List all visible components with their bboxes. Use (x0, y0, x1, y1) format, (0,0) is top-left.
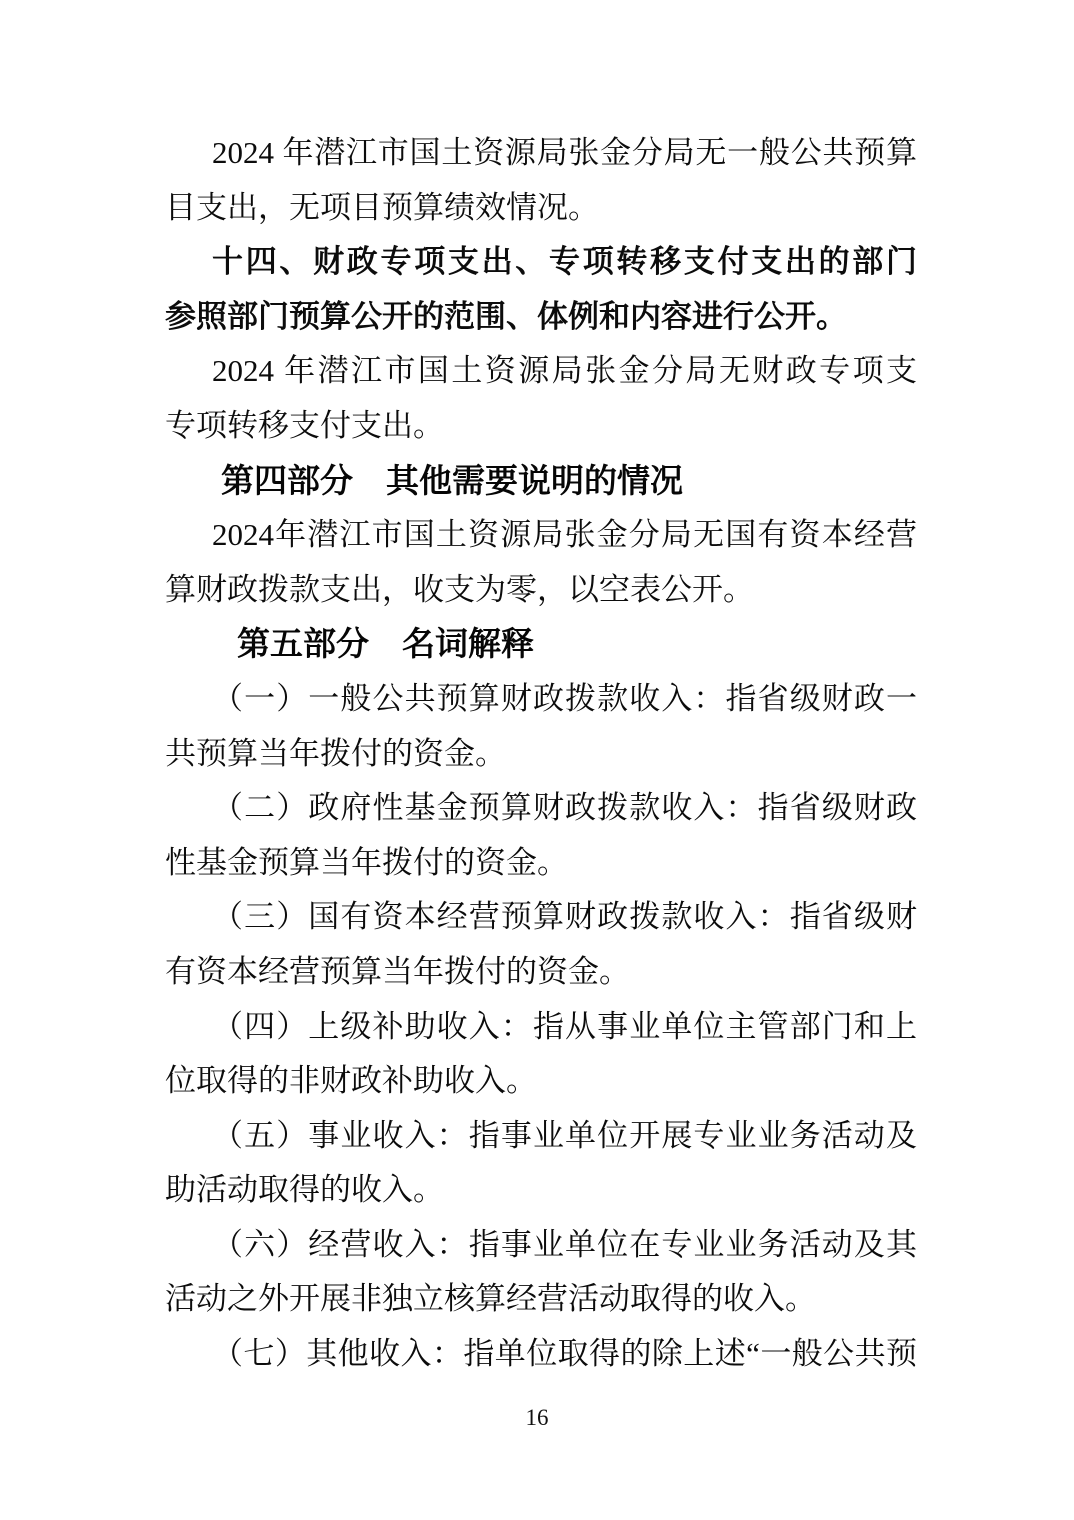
paragraph-line: （三）国有资本经营预算财政拨款收入：指省级财政国 (165, 890, 917, 945)
paragraph-line: （二）政府性基金预算财政拨款收入：指省级财政政府 (165, 781, 917, 836)
paragraph-line: 专项转移支付支出。 (165, 399, 917, 454)
paragraph-line: （一）一般公共预算财政拨款收入：指省级财政一般公 (165, 672, 917, 727)
paragraph-line: 有资本经营预算当年拨付的资金。 (165, 945, 917, 1000)
paragraph-line: 2024 年潜江市国土资源局张金分局无财政专项支出、 (165, 344, 917, 399)
page-number: 16 (526, 1405, 549, 1430)
paragraph-line: （五）事业收入：指事业单位开展专业业务活动及其辅 (165, 1109, 917, 1164)
document-content: 2024 年潜江市国土资源局张金分局无一般公共预算项 目支出，无项目预算绩效情况… (165, 126, 917, 1382)
section-heading-part4: 第四部分 其他需要说明的情况 (165, 454, 917, 509)
paragraph-line: 参照部门预算公开的范围、体例和内容进行公开。 (165, 290, 917, 345)
paragraph-line: （七）其他收入：指单位取得的除上述“一般公共预算 (165, 1327, 917, 1382)
paragraph-line: （六）经营收入：指事业单位在专业业务活动及其辅助 (165, 1218, 917, 1273)
paragraph-line: 目支出，无项目预算绩效情况。 (165, 181, 917, 236)
paragraph-line: 2024 年潜江市国土资源局张金分局无一般公共预算项 (165, 126, 917, 181)
paragraph-line: （四）上级补助收入：指从事业单位主管部门和上级单 (165, 1000, 917, 1055)
paragraph-line: 算财政拨款支出，收支为零，以空表公开。 (165, 563, 917, 618)
page-footer: 16 (0, 1398, 1074, 1438)
section-heading-part5: 第五部分 名词解释 (165, 617, 917, 672)
paragraph-line: 活动之外开展非独立核算经营活动取得的收入。 (165, 1272, 917, 1327)
paragraph-line: 十四、财政专项支出、专项转移支付支出的部门（单位） (165, 235, 917, 290)
paragraph-line: 共预算当年拨付的资金。 (165, 727, 917, 782)
paragraph-line: 位取得的非财政补助收入。 (165, 1054, 917, 1109)
paragraph-line: 性基金预算当年拨付的资金。 (165, 836, 917, 891)
paragraph-line: 2024年潜江市国土资源局张金分局无国有资本经营预 (165, 508, 917, 563)
document-page: 2024 年潜江市国土资源局张金分局无一般公共预算项 目支出，无项目预算绩效情况… (0, 0, 1074, 1520)
paragraph-line: 助活动取得的收入。 (165, 1163, 917, 1218)
